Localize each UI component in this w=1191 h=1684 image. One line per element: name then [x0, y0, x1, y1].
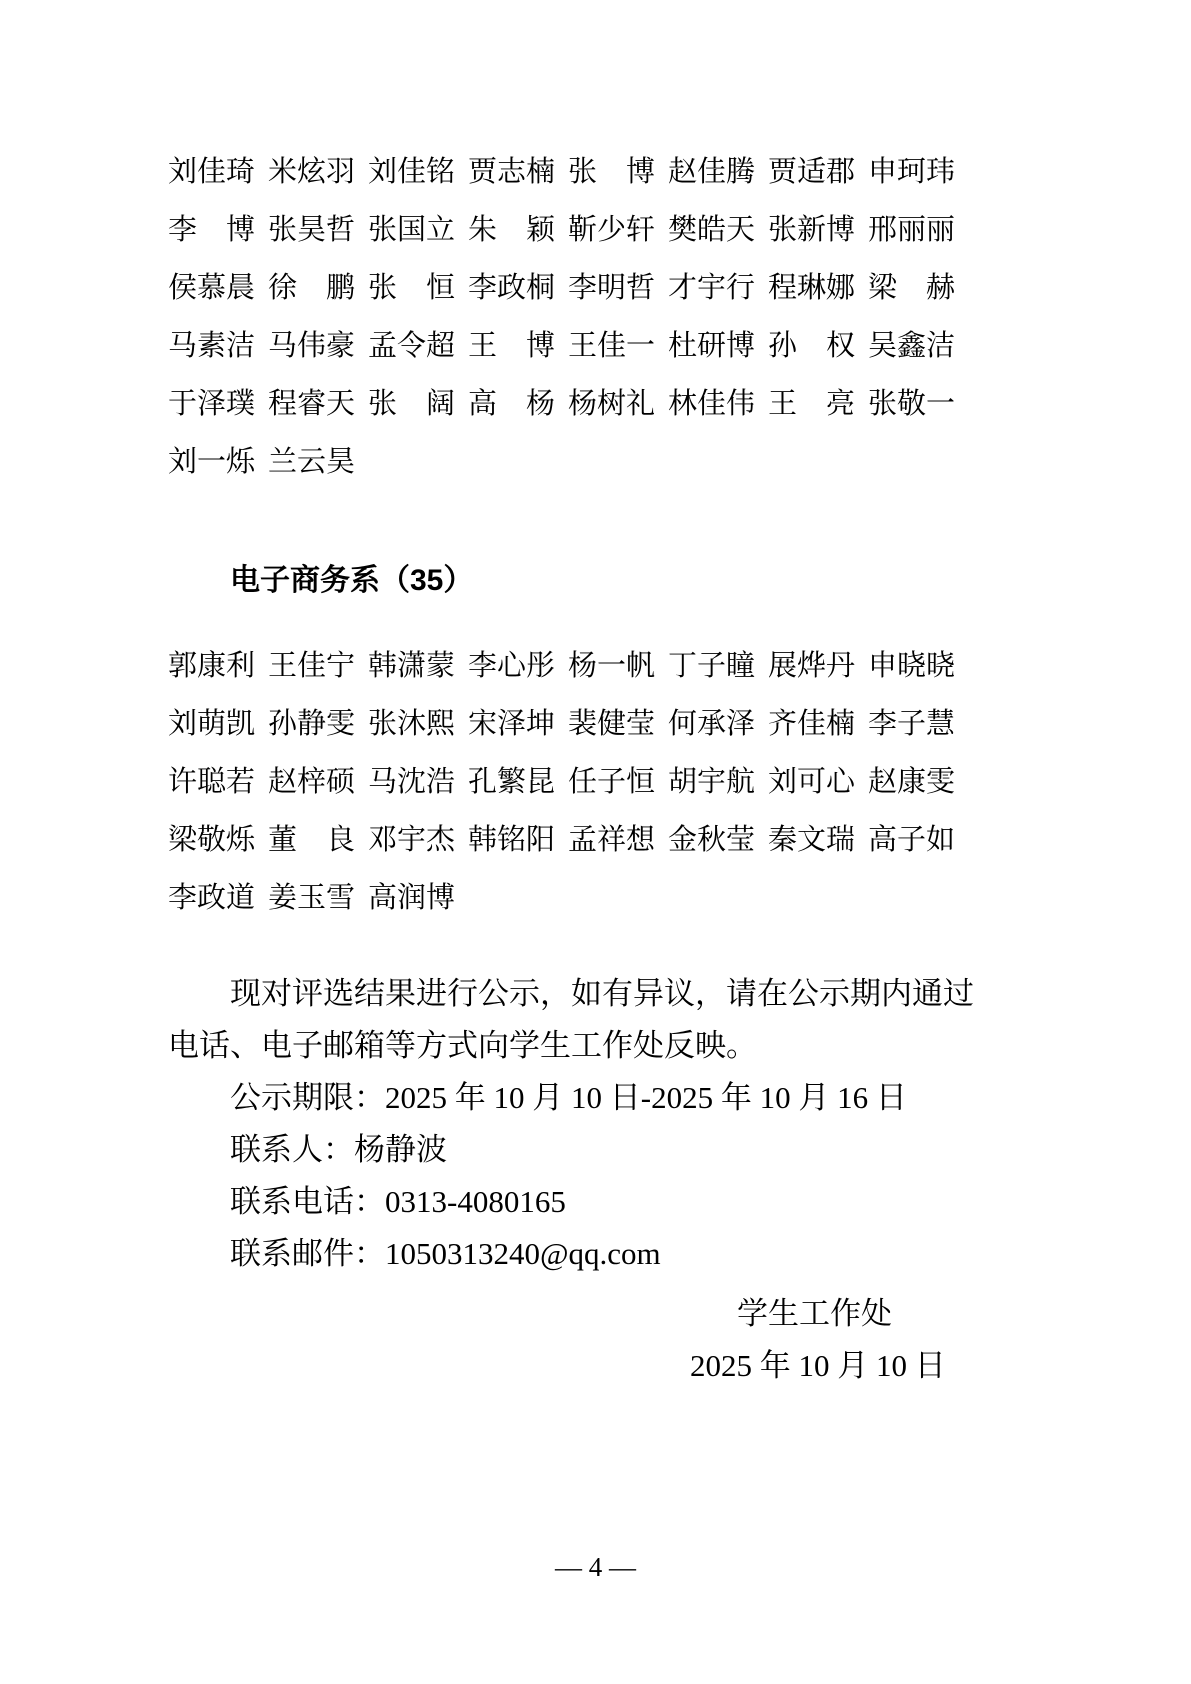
student-name: 邓宇杰 — [368, 817, 455, 858]
student-name: 靳少轩 — [568, 207, 655, 248]
student-name: 张昊哲 — [268, 207, 355, 248]
student-name: 何承泽 — [668, 701, 755, 742]
page-number-footer: — 4 — — [0, 1552, 1191, 1583]
student-name: 孙静雯 — [268, 701, 355, 742]
student-name: 杨树礼 — [568, 381, 655, 422]
student-name: 贾志楠 — [468, 149, 555, 190]
student-name: 程睿天 — [268, 381, 355, 422]
student-name: 孟令超 — [368, 323, 455, 364]
publicity-period: 公示期限：2025 年 10 月 10 日-2025 年 10 月 16 日 — [168, 1072, 958, 1124]
page-content: 刘佳琦米炫羽刘佳铭贾志楠张 博赵佳腾贾适郡申珂玮李 博张昊哲张国立朱 颖靳少轩樊… — [168, 140, 958, 1392]
student-name: 韩铭阳 — [468, 817, 555, 858]
closing-paragraph-line2: 电话、电子邮箱等方式向学生工作处反映。 — [168, 1020, 958, 1072]
student-name: 赵梓硕 — [268, 759, 355, 800]
document-page: 刘佳琦米炫羽刘佳铭贾志楠张 博赵佳腾贾适郡申珂玮李 博张昊哲张国立朱 颖靳少轩樊… — [0, 0, 1191, 1684]
student-name: 金秋莹 — [668, 817, 755, 858]
student-name: 林佳伟 — [668, 381, 755, 422]
student-name: 胡宇航 — [668, 759, 755, 800]
student-name: 吴鑫洁 — [868, 323, 955, 364]
student-name: 徐 鹏 — [268, 265, 355, 306]
student-name: 宋泽坤 — [468, 701, 555, 742]
student-name: 张沐熙 — [368, 701, 455, 742]
name-row: 刘一烁兰云昊 — [168, 430, 958, 488]
name-row: 于泽璞程睿天张 阔高 杨杨树礼林佳伟王 亮张敬一 — [168, 372, 958, 430]
student-name: 刘萌凯 — [168, 701, 255, 742]
student-name: 展烨丹 — [768, 643, 855, 684]
student-name: 王佳宁 — [268, 643, 355, 684]
student-name: 侯慕晨 — [168, 265, 255, 306]
student-name: 樊皓天 — [668, 207, 755, 248]
student-name: 孙 权 — [768, 323, 855, 364]
name-row: 梁敬烁董 良邓宇杰韩铭阳孟祥想金秋莹秦文瑞高子如 — [168, 808, 958, 866]
student-name: 李政道 — [168, 875, 255, 916]
student-name: 张新博 — [768, 207, 855, 248]
student-name: 张国立 — [368, 207, 455, 248]
name-row: 刘萌凯孙静雯张沐熙宋泽坤裴健莹何承泽齐佳楠李子慧 — [168, 692, 958, 750]
student-name: 董 良 — [268, 817, 355, 858]
student-name: 李政桐 — [468, 265, 555, 306]
student-name: 刘可心 — [768, 759, 855, 800]
student-name: 朱 颖 — [468, 207, 555, 248]
student-name: 李明哲 — [568, 265, 655, 306]
name-row: 刘佳琦米炫羽刘佳铭贾志楠张 博赵佳腾贾适郡申珂玮 — [168, 140, 958, 198]
student-name: 孟祥想 — [568, 817, 655, 858]
contact-phone: 联系电话：0313-4080165 — [168, 1176, 958, 1228]
name-row: 马素洁马伟豪孟令超王 博王佳一杜研博孙 权吴鑫洁 — [168, 314, 958, 372]
student-name: 高子如 — [868, 817, 955, 858]
student-name: 郭康利 — [168, 643, 255, 684]
student-name: 秦文瑞 — [768, 817, 855, 858]
student-name: 于泽璞 — [168, 381, 255, 422]
student-name: 杨一帆 — [568, 643, 655, 684]
name-row: 李 博张昊哲张国立朱 颖靳少轩樊皓天张新博邢丽丽 — [168, 198, 958, 256]
student-name: 任子恒 — [568, 759, 655, 800]
student-name: 申珂玮 — [868, 149, 955, 190]
closing-paragraph-line1: 现对评选结果进行公示，如有异议，请在公示期内通过 — [168, 968, 958, 1020]
name-row: 郭康利王佳宁韩潇蒙李心彤杨一帆丁子瞳展烨丹申晓晓 — [168, 634, 958, 692]
section-heading-ecommerce: 电子商务系（35） — [168, 552, 958, 610]
student-name: 李心彤 — [468, 643, 555, 684]
student-name: 王佳一 — [568, 323, 655, 364]
student-name: 姜玉雪 — [268, 875, 355, 916]
student-name: 齐佳楠 — [768, 701, 855, 742]
student-name: 张 恒 — [368, 265, 455, 306]
student-name: 刘佳铭 — [368, 149, 455, 190]
student-name: 杜研博 — [668, 323, 755, 364]
name-list-ecommerce: 郭康利王佳宁韩潇蒙李心彤杨一帆丁子瞳展烨丹申晓晓刘萌凯孙静雯张沐熙宋泽坤裴健莹何… — [168, 634, 958, 924]
closing-block: 现对评选结果进行公示，如有异议，请在公示期内通过 电话、电子邮箱等方式向学生工作… — [168, 968, 958, 1392]
contact-person: 联系人：杨静波 — [168, 1124, 958, 1176]
contact-email: 联系邮件：1050313240@qq.com — [168, 1228, 958, 1280]
signature-date: 2025 年 10 月 10 日 — [168, 1340, 958, 1392]
student-name: 邢丽丽 — [868, 207, 955, 248]
student-name: 赵佳腾 — [668, 149, 755, 190]
student-name: 梁 赫 — [868, 265, 955, 306]
student-name: 张敬一 — [868, 381, 955, 422]
name-row: 李政道姜玉雪高润博 — [168, 866, 958, 924]
student-name: 高润博 — [368, 875, 455, 916]
name-row: 许聪若赵梓硕马沈浩孔繁昆任子恒胡宇航刘可心赵康雯 — [168, 750, 958, 808]
student-name: 王 亮 — [768, 381, 855, 422]
student-name: 米炫羽 — [268, 149, 355, 190]
student-name: 韩潇蒙 — [368, 643, 455, 684]
student-name: 许聪若 — [168, 759, 255, 800]
student-name: 贾适郡 — [768, 149, 855, 190]
student-name: 申晓晓 — [868, 643, 955, 684]
student-name: 张 博 — [568, 149, 655, 190]
student-name: 李子慧 — [868, 701, 955, 742]
student-name: 刘一烁 — [168, 439, 255, 480]
student-name: 赵康雯 — [868, 759, 955, 800]
student-name: 兰云昊 — [268, 439, 355, 480]
student-name: 刘佳琦 — [168, 149, 255, 190]
student-name: 王 博 — [468, 323, 555, 364]
student-name: 马伟豪 — [268, 323, 355, 364]
student-name: 丁子瞳 — [668, 643, 755, 684]
student-name: 李 博 — [168, 207, 255, 248]
student-name: 马沈浩 — [368, 759, 455, 800]
student-name: 程琳娜 — [768, 265, 855, 306]
student-name: 才宇行 — [668, 265, 755, 306]
student-name: 梁敬烁 — [168, 817, 255, 858]
name-list-continued: 刘佳琦米炫羽刘佳铭贾志楠张 博赵佳腾贾适郡申珂玮李 博张昊哲张国立朱 颖靳少轩樊… — [168, 140, 958, 488]
student-name: 张 阔 — [368, 381, 455, 422]
student-name: 孔繁昆 — [468, 759, 555, 800]
student-name: 裴健莹 — [568, 701, 655, 742]
name-row: 侯慕晨徐 鹏张 恒李政桐李明哲才宇行程琳娜梁 赫 — [168, 256, 958, 314]
signature-department: 学生工作处 — [168, 1288, 958, 1340]
student-name: 马素洁 — [168, 323, 255, 364]
student-name: 高 杨 — [468, 381, 555, 422]
